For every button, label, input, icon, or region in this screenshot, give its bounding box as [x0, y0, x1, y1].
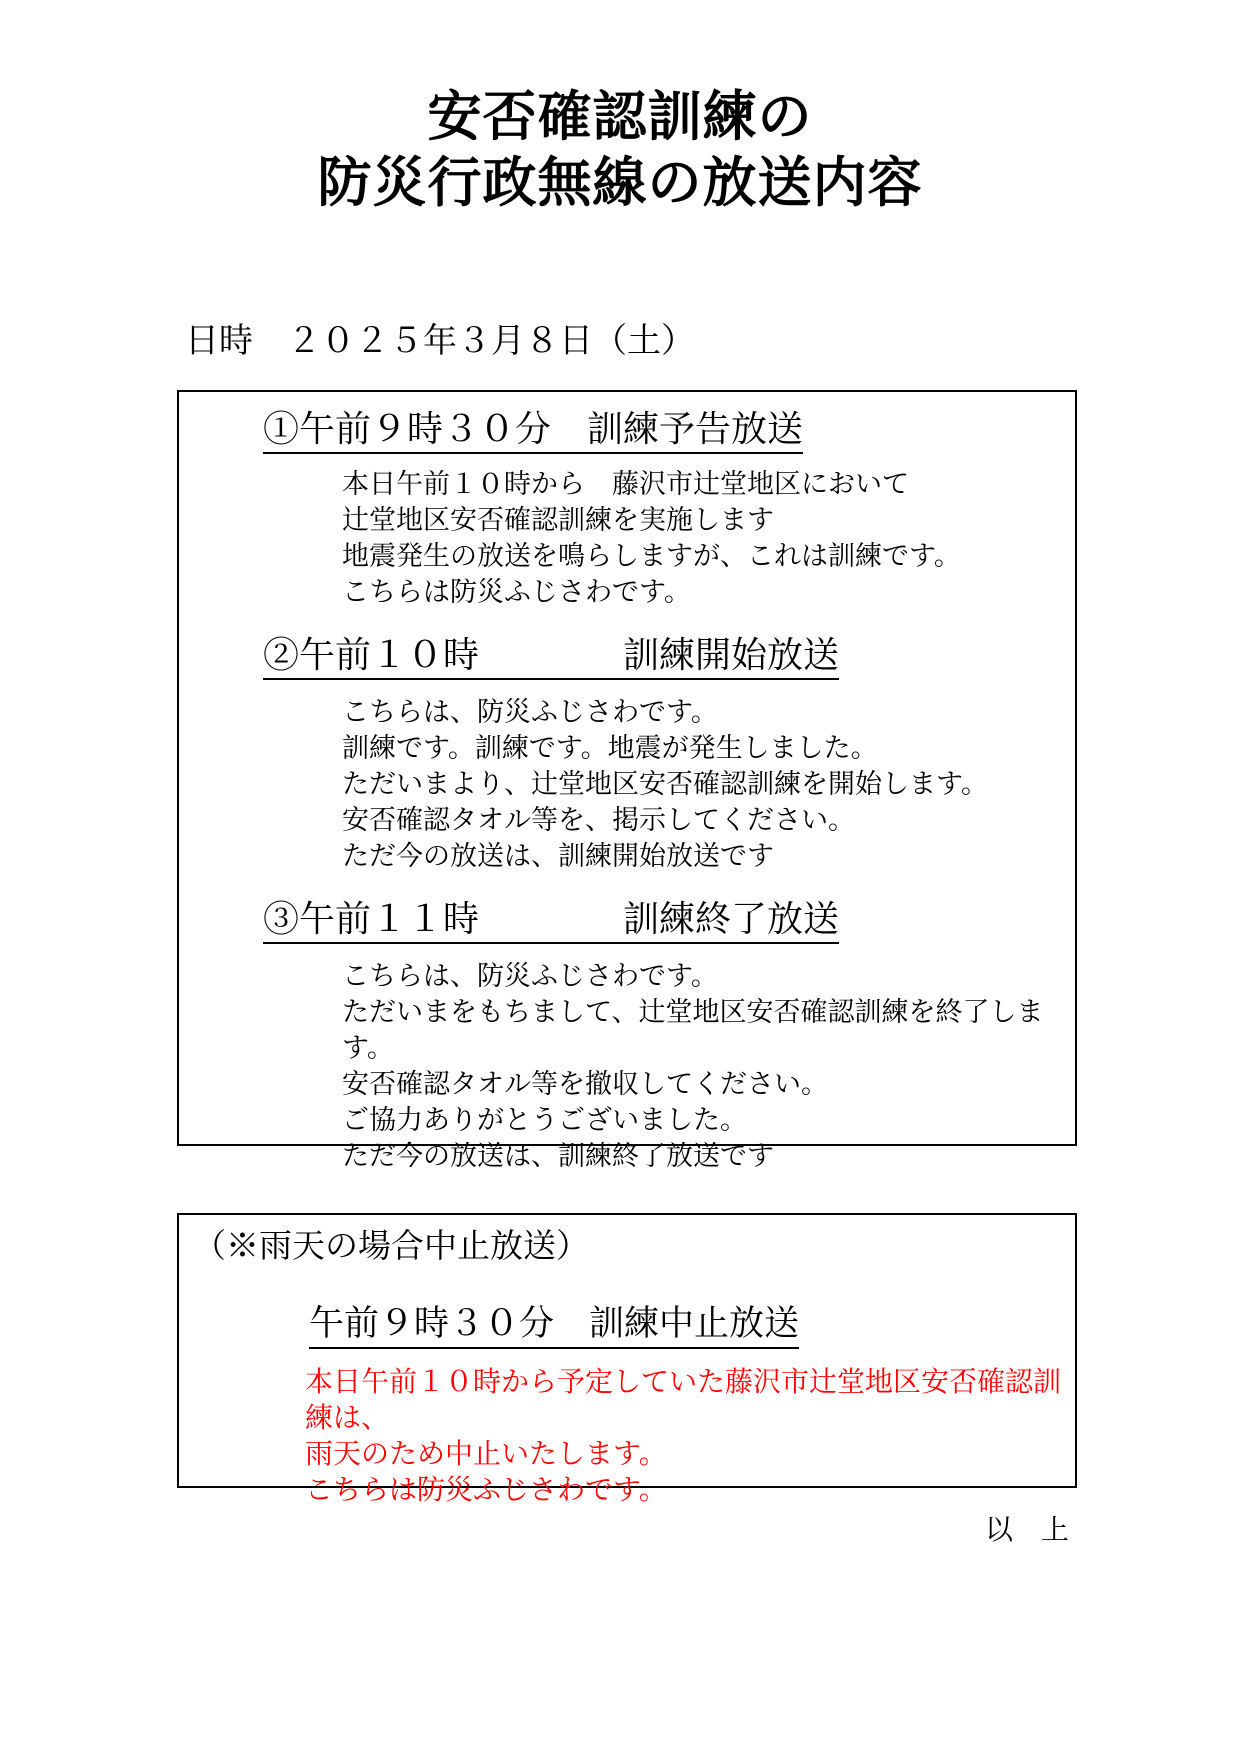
broadcast-line: ご協力ありがとうございました。 [342, 1102, 1075, 1138]
section-heading-drill-cancel: 午前９時３０分 訓練中止放送 [309, 1303, 1075, 1349]
broadcast-line: ただ今の放送は、訓練開始放送です [342, 838, 1075, 874]
broadcast-schedule-box: ①午前９時３０分 訓練予告放送 本日午前１０時から 藤沢市辻堂地区において 辻堂… [177, 390, 1077, 1146]
event-date-line: 日時 ２０２５年３月８日（土） [185, 320, 695, 364]
broadcast-line: こちらは防災ふじさわです。 [305, 1473, 1075, 1509]
rainy-day-note: （※雨天の場合中止放送） [193, 1227, 1075, 1267]
broadcast-line: ただいまより、辻堂地区安否確認訓練を開始します。 [342, 766, 1075, 802]
broadcast-line: こちらは、防災ふじさわです。 [342, 958, 1075, 994]
broadcast-line: 安否確認タオル等を撤収してください。 [342, 1066, 1075, 1102]
cancellation-box: （※雨天の場合中止放送） 午前９時３０分 訓練中止放送 本日午前１０時から予定し… [177, 1213, 1077, 1488]
section-heading-drill-end-text: ③午前１１時 訓練終了放送 [263, 898, 839, 944]
broadcast-text-drill-start: こちらは、防災ふじさわです。 訓練です。訓練です。地震が発生しました。 ただいま… [342, 694, 1075, 874]
broadcast-line: 辻堂地区安否確認訓練を実施します [342, 502, 1075, 538]
section-heading-advance-notice: ①午前９時３０分 訓練予告放送 [263, 408, 1075, 454]
section-heading-drill-end: ③午前１１時 訓練終了放送 [263, 898, 1075, 944]
section-heading-drill-cancel-text: 午前９時３０分 訓練中止放送 [309, 1303, 799, 1349]
broadcast-line: ただいまをもちまして、辻堂地区安否確認訓練を終了します。 [342, 994, 1075, 1066]
broadcast-text-drill-end: こちらは、防災ふじさわです。 ただいまをもちまして、辻堂地区安否確認訓練を終了し… [342, 958, 1075, 1174]
broadcast-line: ただ今の放送は、訓練終了放送です [342, 1138, 1075, 1174]
document-title-line1: 安否確認訓練の [0, 84, 1240, 150]
broadcast-text-advance-notice: 本日午前１０時から 藤沢市辻堂地区において 辻堂地区安否確認訓練を実施します 地… [342, 466, 1075, 610]
section-heading-advance-notice-text: ①午前９時３０分 訓練予告放送 [263, 408, 803, 454]
broadcast-line: 本日午前１０時から 藤沢市辻堂地区において [342, 466, 1075, 502]
broadcast-text-drill-cancel: 本日午前１０時から予定していた藤沢市辻堂地区安否確認訓練は、 雨天のため中止いた… [305, 1365, 1075, 1509]
document-title-line2: 防災行政無線の放送内容 [0, 150, 1240, 216]
closing-phrase: 以 上 [985, 1514, 1069, 1548]
broadcast-line: 地震発生の放送を鳴らしますが、これは訓練です。 [342, 538, 1075, 574]
broadcast-line: 雨天のため中止いたします。 [305, 1437, 1075, 1473]
section-heading-drill-start-text: ②午前１０時 訓練開始放送 [263, 634, 839, 680]
section-heading-drill-start: ②午前１０時 訓練開始放送 [263, 634, 1075, 680]
broadcast-line: 本日午前１０時から予定していた藤沢市辻堂地区安否確認訓練は、 [305, 1365, 1075, 1437]
broadcast-line: こちらは防災ふじさわです。 [342, 574, 1075, 610]
broadcast-line: 安否確認タオル等を、掲示してください。 [342, 802, 1075, 838]
document-page: 安否確認訓練の 防災行政無線の放送内容 日時 ２０２５年３月８日（土） ①午前９… [0, 0, 1240, 1754]
broadcast-line: 訓練です。訓練です。地震が発生しました。 [342, 730, 1075, 766]
document-title: 安否確認訓練の 防災行政無線の放送内容 [0, 84, 1240, 216]
broadcast-line: こちらは、防災ふじさわです。 [342, 694, 1075, 730]
